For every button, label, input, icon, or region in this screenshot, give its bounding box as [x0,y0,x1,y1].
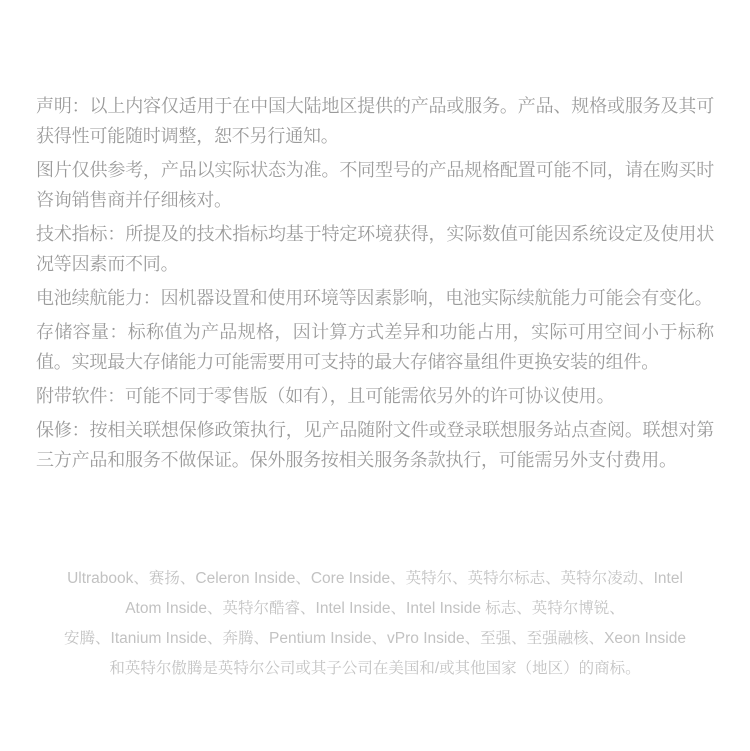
disclaimer-paragraph-battery: 电池续航能力：因机器设置和使用环境等因素影响，电池实际续航能力可能会有变化。 [36,283,714,313]
disclaimer-paragraph-software: 附带软件：可能不同于零售版（如有），且可能需依另外的许可协议使用。 [36,381,714,411]
trademark-line: 和英特尔傲腾是英特尔公司或其子公司在美国和/或其他国家（地区）的商标。 [35,654,715,684]
disclaimer-paragraph-statement: 声明：以上内容仅适用于在中国大陆地区提供的产品或服务。产品、规格或服务及其可获得… [36,91,714,151]
intel-trademark-notice: Ultrabook、赛扬、Celeron Inside、Core Inside、… [35,564,715,684]
trademark-line: Atom Inside、英特尔酷睿、Intel Inside、Intel Ins… [35,594,715,624]
trademark-line: Ultrabook、赛扬、Celeron Inside、Core Inside、… [35,564,715,594]
disclaimer-paragraph-images: 图片仅供参考，产品以实际状态为准。不同型号的产品规格配置可能不同，请在购买时咨询… [36,155,714,215]
disclaimer-paragraph-warranty: 保修：按相关联想保修政策执行，见产品随附文件或登录联想服务站点查阅。联想对第三方… [36,415,714,475]
disclaimer-paragraph-specs: 技术指标：所提及的技术指标均基于特定环境获得，实际数值可能因系统设定及使用状况等… [36,219,714,279]
disclaimer-paragraph-storage: 存储容量：标称值为产品规格，因计算方式差异和功能占用，实际可用空间小于标称值。实… [36,317,714,377]
disclaimer-block: 声明：以上内容仅适用于在中国大陆地区提供的产品或服务。产品、规格或服务及其可获得… [36,91,714,479]
trademark-line: 安腾、Itanium Inside、奔腾、Pentium Inside、vPro… [35,624,715,654]
